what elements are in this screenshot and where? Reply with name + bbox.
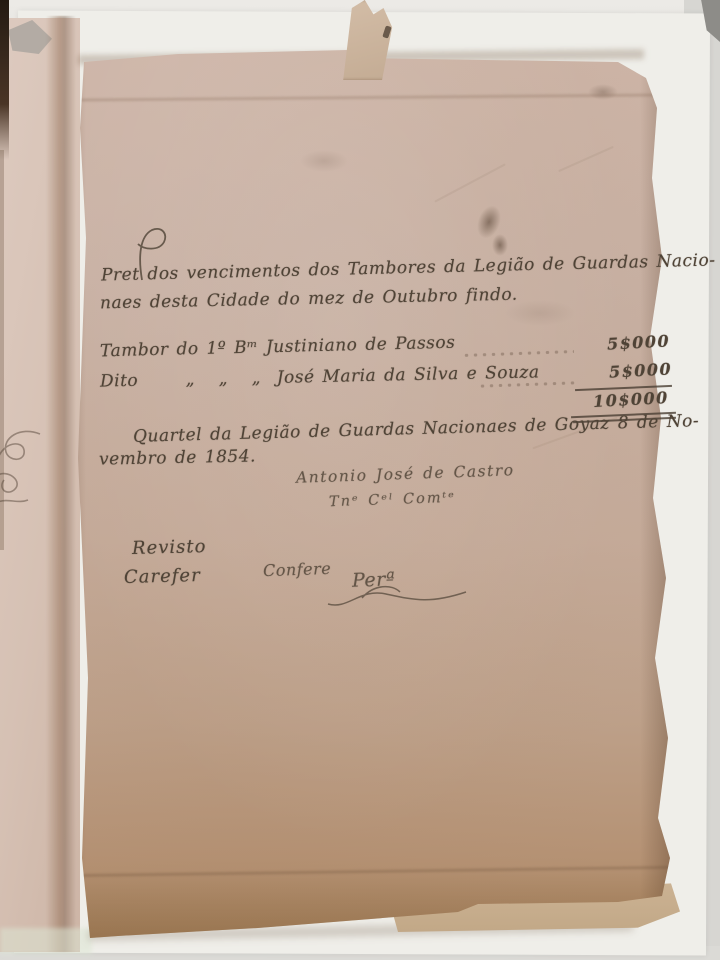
revisto-label: Revisto	[132, 536, 207, 559]
dateline-line-2: vembro de 1854.	[99, 446, 256, 469]
confere-label: Confere	[263, 559, 332, 580]
entry-2-amount: 5$000	[609, 359, 673, 381]
binding-edge	[0, 0, 9, 160]
signature-flourish-icon	[322, 580, 472, 614]
paper-stain	[300, 150, 348, 172]
marginal-flourish-icon	[0, 424, 44, 514]
ink-smudge	[588, 84, 618, 100]
entry-1-amount: 5$000	[607, 331, 671, 353]
gutter-crease	[46, 16, 76, 952]
ink-smudge	[492, 234, 508, 256]
reviewer-name: Carefer	[124, 565, 201, 588]
manuscript-photo: Pret dos vencimentos dos Tambores da Leg…	[0, 0, 720, 960]
bottom-left-tint	[0, 928, 92, 954]
total-amount: 10$000	[593, 388, 670, 411]
